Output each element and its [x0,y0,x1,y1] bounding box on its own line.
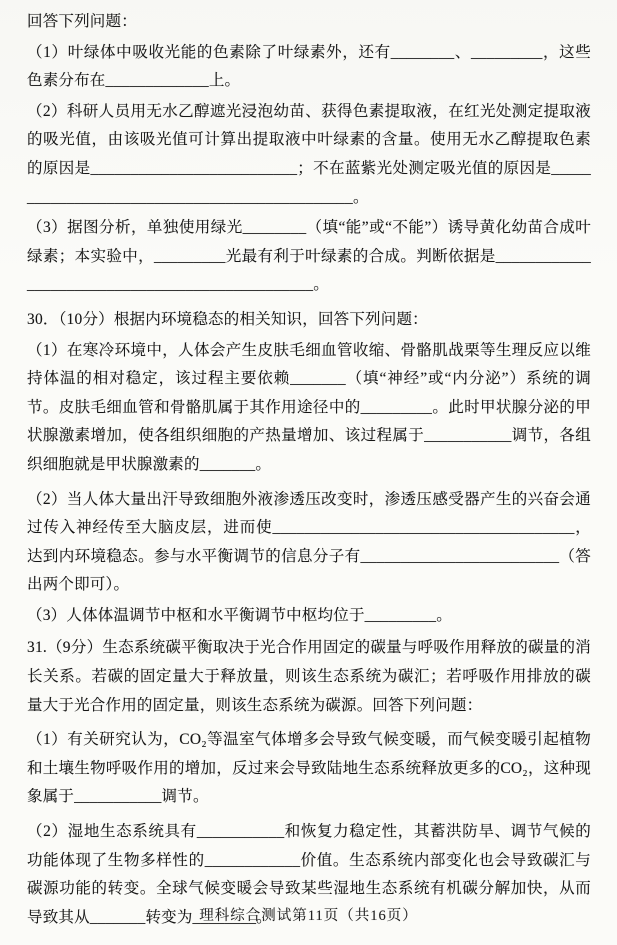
page-footer: 理科综合测试第11页（共16页） [0,904,617,925]
exam-page: 回答下列问题： （1）叶绿体中吸收光能的色素除了叶绿素外，还有________、… [0,0,617,945]
intro-line: 回答下列问题： [27,8,591,37]
question-29-part-1: （1）叶绿体中吸收光能的色素除了叶绿素外，还有________、________… [27,39,591,96]
question-29-part-2: （2）科研人员用无水乙醇遮光浸泡幼苗、获得色素提取液，在红光处测定提取液的吸光值… [27,98,591,212]
question-31-part-1: （1）有关研究认为，CO₂等温室气体增多会导致气候变暖，而气候变暖引起植物和土壤… [27,726,591,812]
question-30-part-2: （2）当人体大量出汗导致细胞外液渗透压改变时，渗透压感受器产生的兴奋会通过传入神… [27,486,591,600]
question-30-part-3: （3）人体体温调节中枢和水平衡调节中枢均位于_________。 [27,602,591,631]
question-31-heading: 31.（9分）生态系统碳平衡取决于光合作用固定的碳量与呼吸作用释放的碳量的消长关… [27,634,591,720]
question-30-part-1: （1）在寒冷环境中，人体会产生皮肤毛细血管收缩、骨骼肌战栗等生理反应以维持体温的… [27,337,591,480]
question-29-part-3: （3）据图分析，单独使用绿光________（填“能”或“不能”）诱导黄化幼苗合… [27,214,591,300]
question-30-heading: 30．（10分）根据内环境稳态的相关知识，回答下列问题： [27,306,591,335]
